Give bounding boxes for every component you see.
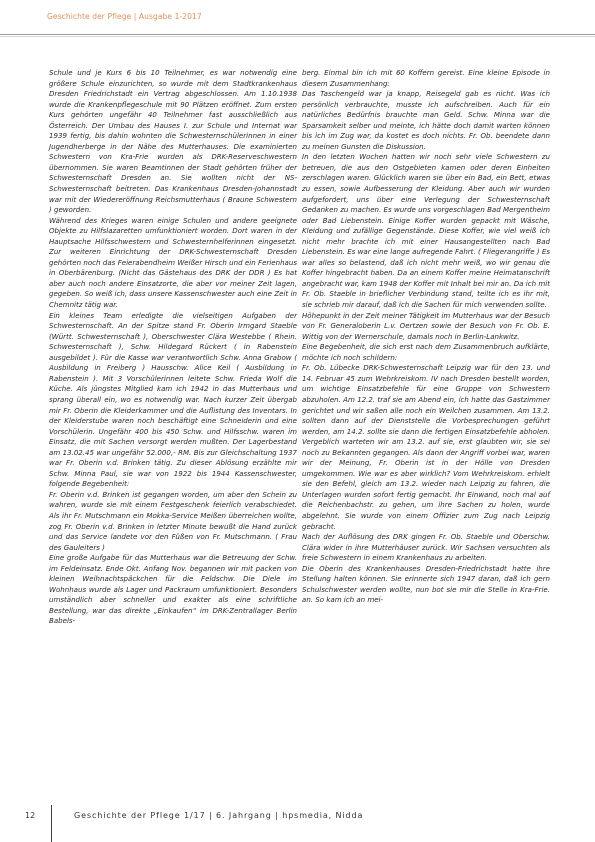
paragraph: berg. Einmal bin ich mit 60 Koffern gere… (302, 68, 550, 89)
paragraph: Eine Begebenheit, die sich erst nach dem… (302, 342, 550, 363)
paragraph: Die Oberin des Krankenhauses Dresden-Fri… (302, 564, 550, 606)
paragraph: Eine große Aufgabe für das Mutterhaus wa… (49, 553, 297, 627)
paragraph: In den letzten Wochen hatten wir noch se… (302, 152, 550, 310)
right-text-column: berg. Einmal bin ich mit 60 Koffern gere… (302, 68, 550, 606)
page-number: 12 (25, 811, 35, 820)
paragraph: Höhepunkt in der Zeit meiner Tätigkeit i… (302, 311, 550, 343)
left-text-column: Schule und je Kurs 6 bis 10 Teilnehmer, … (49, 68, 297, 627)
paragraph: Fr. Oberin v.d. Brinken ist gegangen wor… (49, 490, 297, 553)
running-header-title: Geschichte der Pflege | Ausgabe 1-2017 (47, 12, 202, 21)
paragraph: Fr. Ob. Lübecke DRK-Schwesternschaft Lei… (302, 363, 550, 532)
paragraph: Nach der Auflösung des DRK gingen Fr. Ob… (302, 532, 550, 564)
paragraph: Ein kleines Team erledigte die vielseiti… (49, 311, 297, 490)
paragraph: Das Taschengeld war ja knapp, Reisegeld … (302, 89, 550, 152)
footer-publication-info: Geschichte der Pflege 1/17 | 6. Jahrgang… (74, 811, 363, 820)
footer-divider (51, 805, 52, 842)
paragraph: Schule und je Kurs 6 bis 10 Teilnehmer, … (49, 68, 297, 216)
header-divider (0, 34, 595, 37)
paragraph: Während des Krieges waren einige Schulen… (49, 216, 297, 311)
